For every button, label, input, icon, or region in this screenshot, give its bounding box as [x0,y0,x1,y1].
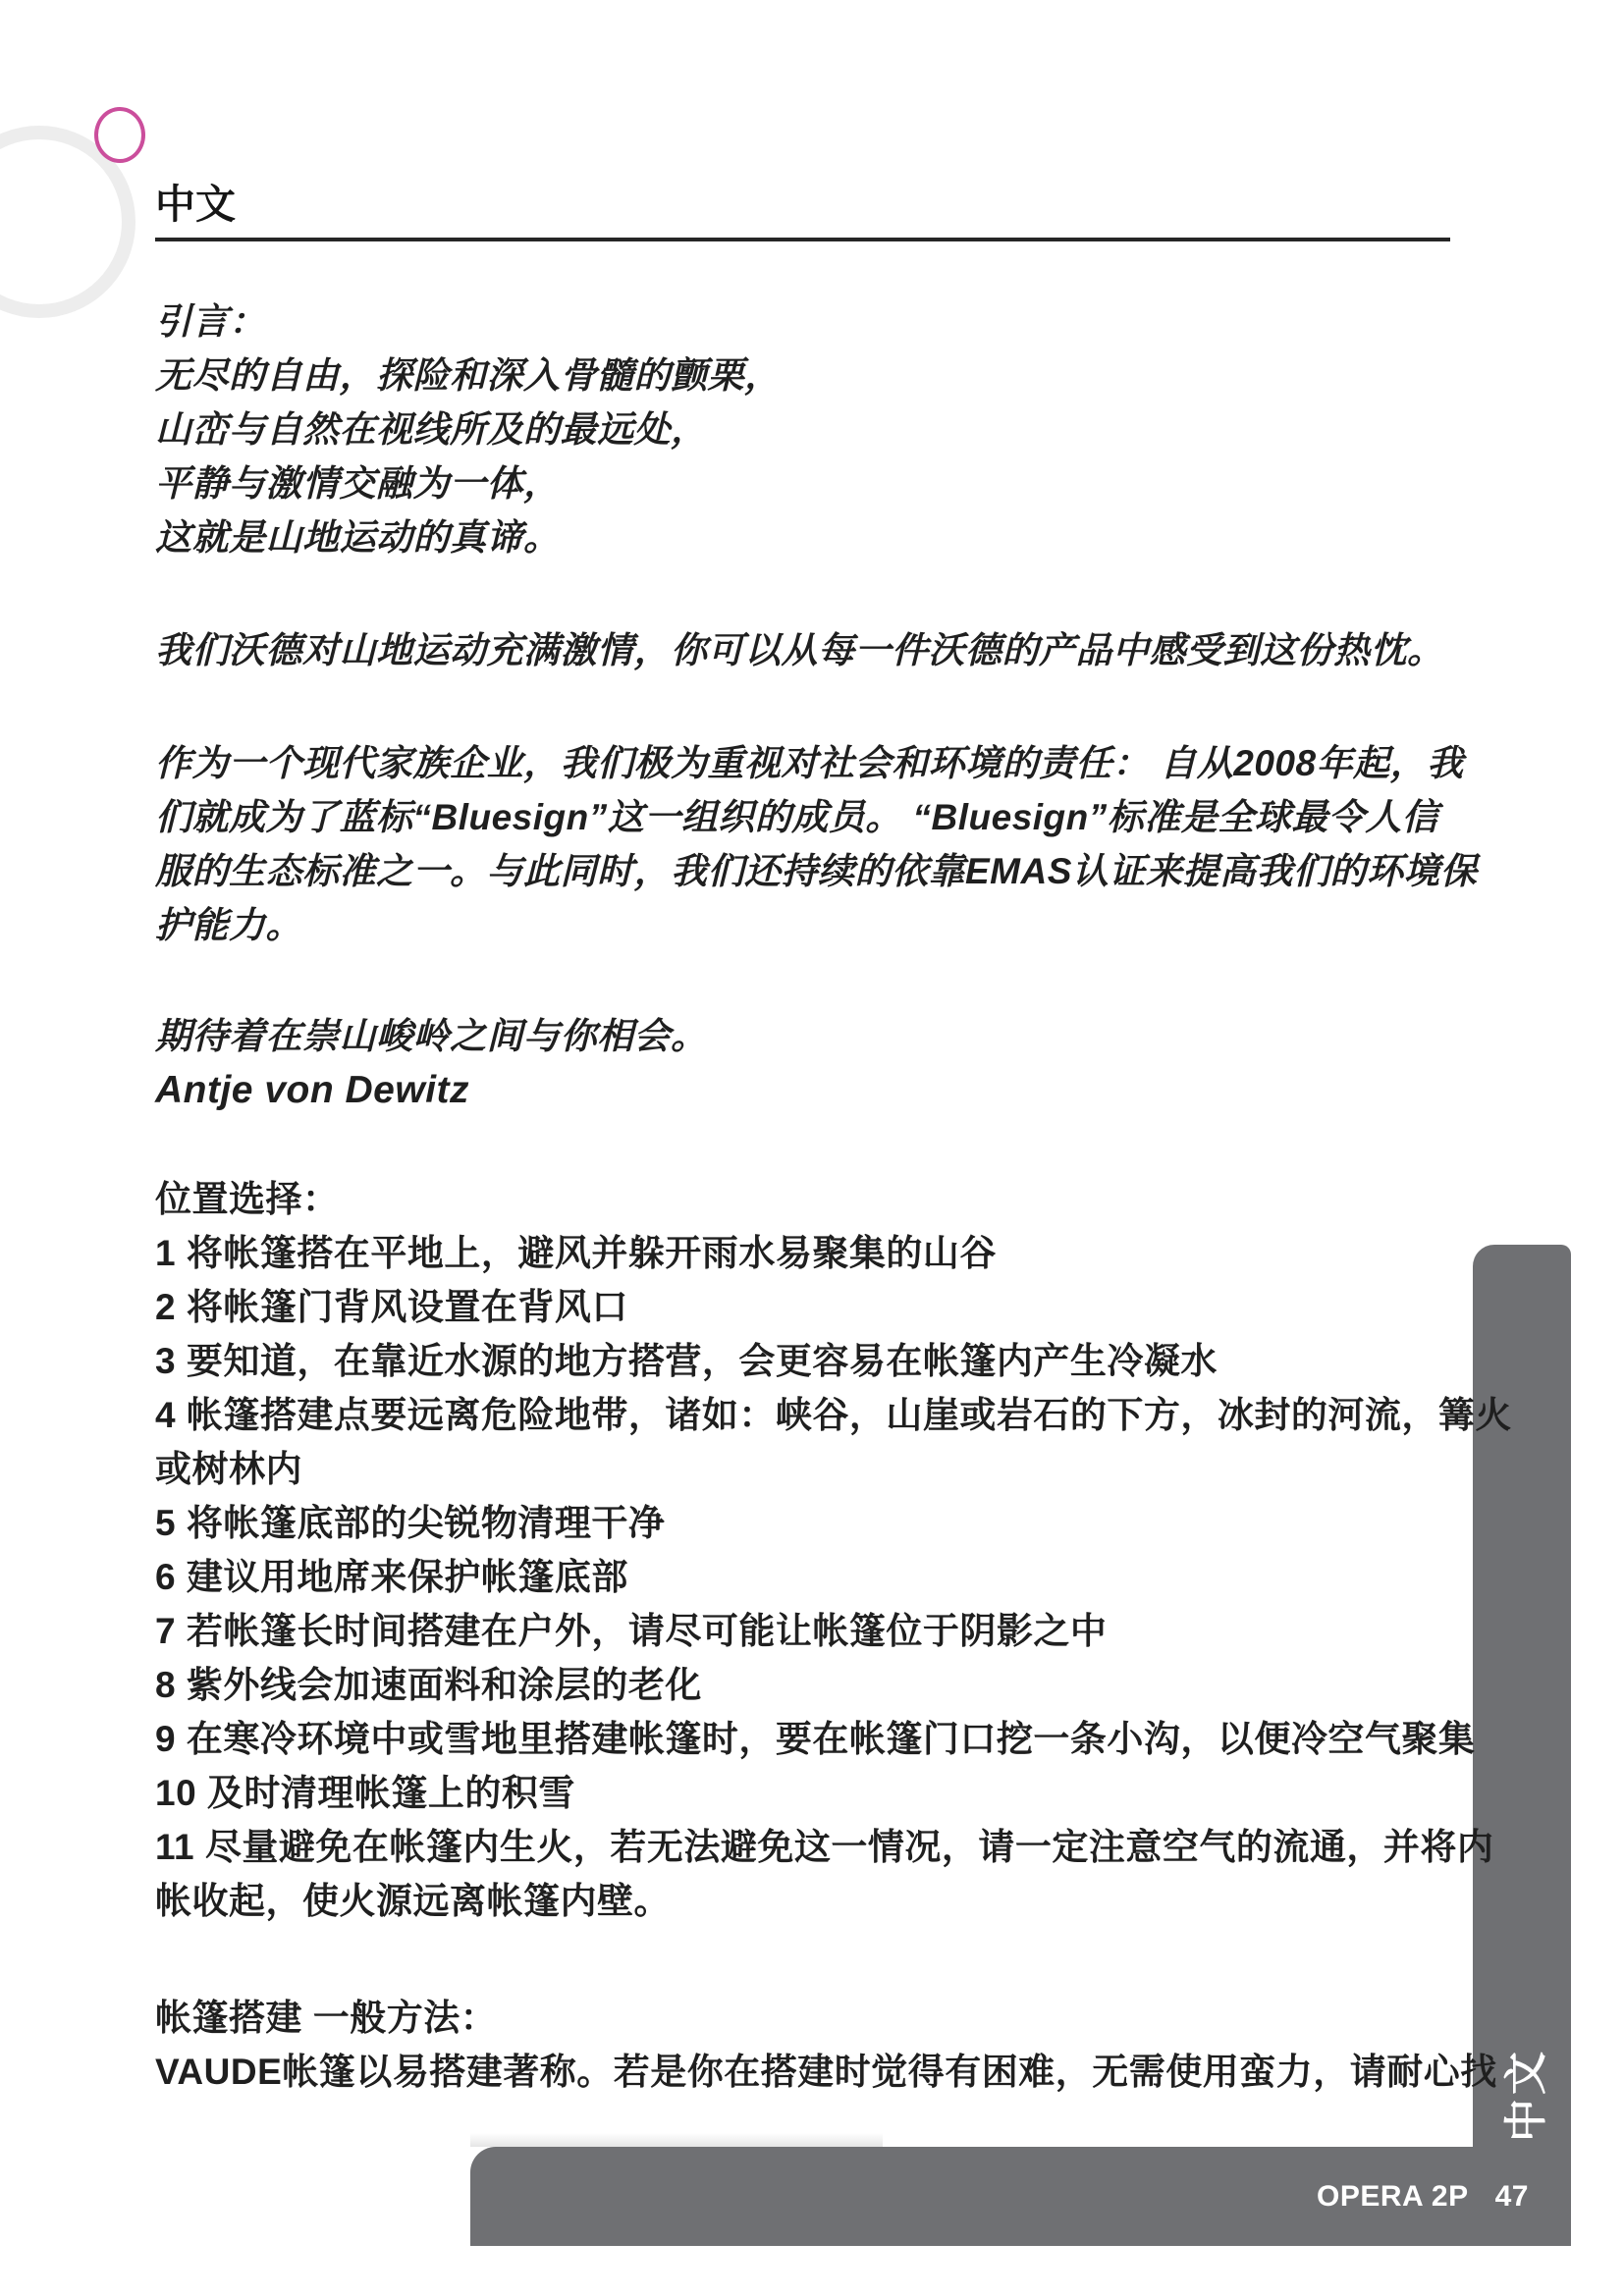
sidebar-vertical-language-label: 中文 [1467,2046,1577,2144]
closing-line: 期待着在崇山峻岭之间与你相会。 [155,1009,1589,1063]
company-paragraph: 作为一个现代家族企业，我们极为重视对社会和环境的责任： 自从2008年起，我 们… [155,736,1589,952]
location-section-title: 位置选择： [155,1172,1589,1226]
language-section-header: 中文 [155,183,236,227]
passion-line: 我们沃德对山地运动充满激情，你可以从每一件沃德的产品中感受到这份热忱。 [155,623,1589,677]
preface-paragraph: 引言： 无尽的自由，探险和深入骨髓的颤栗， 山峦与自然在视线所及的最远处， 平静… [155,294,1589,564]
location-tips-list: 1 将帐篷搭在平地上，避风并躲开雨水易聚集的山谷 2 将帐篷门背风设置在背风口 … [155,1226,1589,1928]
pink-circle-mark [94,107,145,163]
footer-bar: OPERA 2P 47 [470,2147,1571,2246]
footer-text-group: OPERA 2P 47 [1317,2180,1571,2214]
page-number: 47 [1495,2180,1529,2214]
footer-edge-shadow [470,2133,883,2147]
signature: Antje von Dewitz [155,1063,1589,1117]
setup-section-title: 帐篷搭建 一般方法： [155,1991,1589,2045]
setup-section-body: VAUDE帐篷以易搭建著称。若是你在搭建时觉得有困难，无需使用蛮力，请耐心找 [155,2045,1589,2099]
manual-page: 中文 引言： 无尽的自由，探险和深入骨髓的颤栗， 山峦与自然在视线所及的最远处，… [0,0,1624,2296]
product-name: OPERA 2P [1317,2180,1469,2214]
header-divider [155,238,1450,241]
